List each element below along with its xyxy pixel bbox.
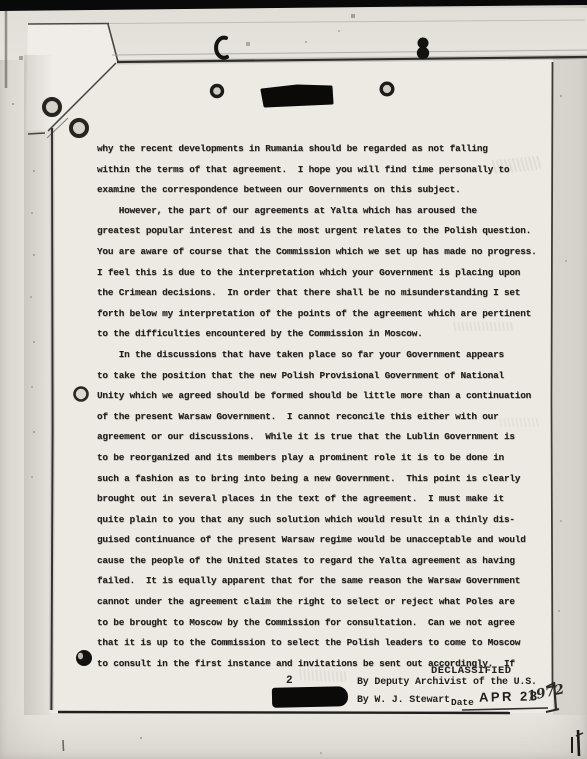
typed-line: failed. It is equally apparent that for … [97,571,537,592]
declassified-signature-line: By W. J. Stewart [357,696,450,706]
typed-line: to be reorganized and its members play a… [97,448,537,469]
typed-line: to take the position that the new Polish… [97,366,537,387]
right-edge-shadow [553,55,587,715]
typed-line: cause the people of the United States to… [97,551,537,572]
typed-line: However, the part of our agreements at Y… [97,201,537,222]
typed-line: quite plain to you that any such solutio… [97,510,537,531]
typed-line: the Crimean decisions. In order that the… [97,283,537,304]
typed-line: cannot under the agreement claim the rig… [97,592,537,613]
typed-line: Unity which we agreed should be formed s… [97,386,537,407]
left-edge-shadow [24,55,54,715]
typed-line: examine the correspondence between our G… [97,180,537,201]
pencil-tick [63,740,64,751]
typed-line: such a fashion as to bring into being a … [97,469,537,490]
page-number: 2 [286,676,293,687]
redaction-block-bottom [272,686,348,708]
declassified-stamp-title: DECLASSIFIED [431,666,511,677]
typed-line: agreement or our discussions. While it i… [97,427,537,448]
typed-line: forth below my interpretation of the poi… [97,304,537,325]
ink-mark [578,730,579,756]
typed-line: I feel this is due to the interpretation… [97,263,537,284]
ink-mark [576,733,583,736]
typed-line: guised continuance of the present Warsaw… [97,530,537,551]
typed-line: greatest popular interest and is the mos… [97,221,537,242]
typed-line: within the terms of that agreement. I ho… [97,160,537,181]
typed-line: to the difficulties encountered by the C… [97,324,537,345]
typed-line: why the recent developments in Rumania s… [97,139,537,160]
typed-line: that it is up to the Commission to selec… [97,633,537,654]
date-label: Date [451,698,474,708]
typed-line: to be brought to Moscow by the Commissio… [97,613,537,634]
scanned-document-page: why the recent developments in Rumania s… [0,0,587,759]
declassified-authority-line: By Deputy Archivist of the U.S. [357,678,537,688]
typed-line: of the present Warsaw Government. I cann… [97,407,537,428]
typed-line: brought out in several places in the tex… [97,489,537,510]
typed-line: You are aware of course that the Commiss… [97,242,537,263]
typed-letter-body: why the recent developments in Rumania s… [97,139,537,674]
typed-line: In the discussions that have taken place… [97,345,537,366]
